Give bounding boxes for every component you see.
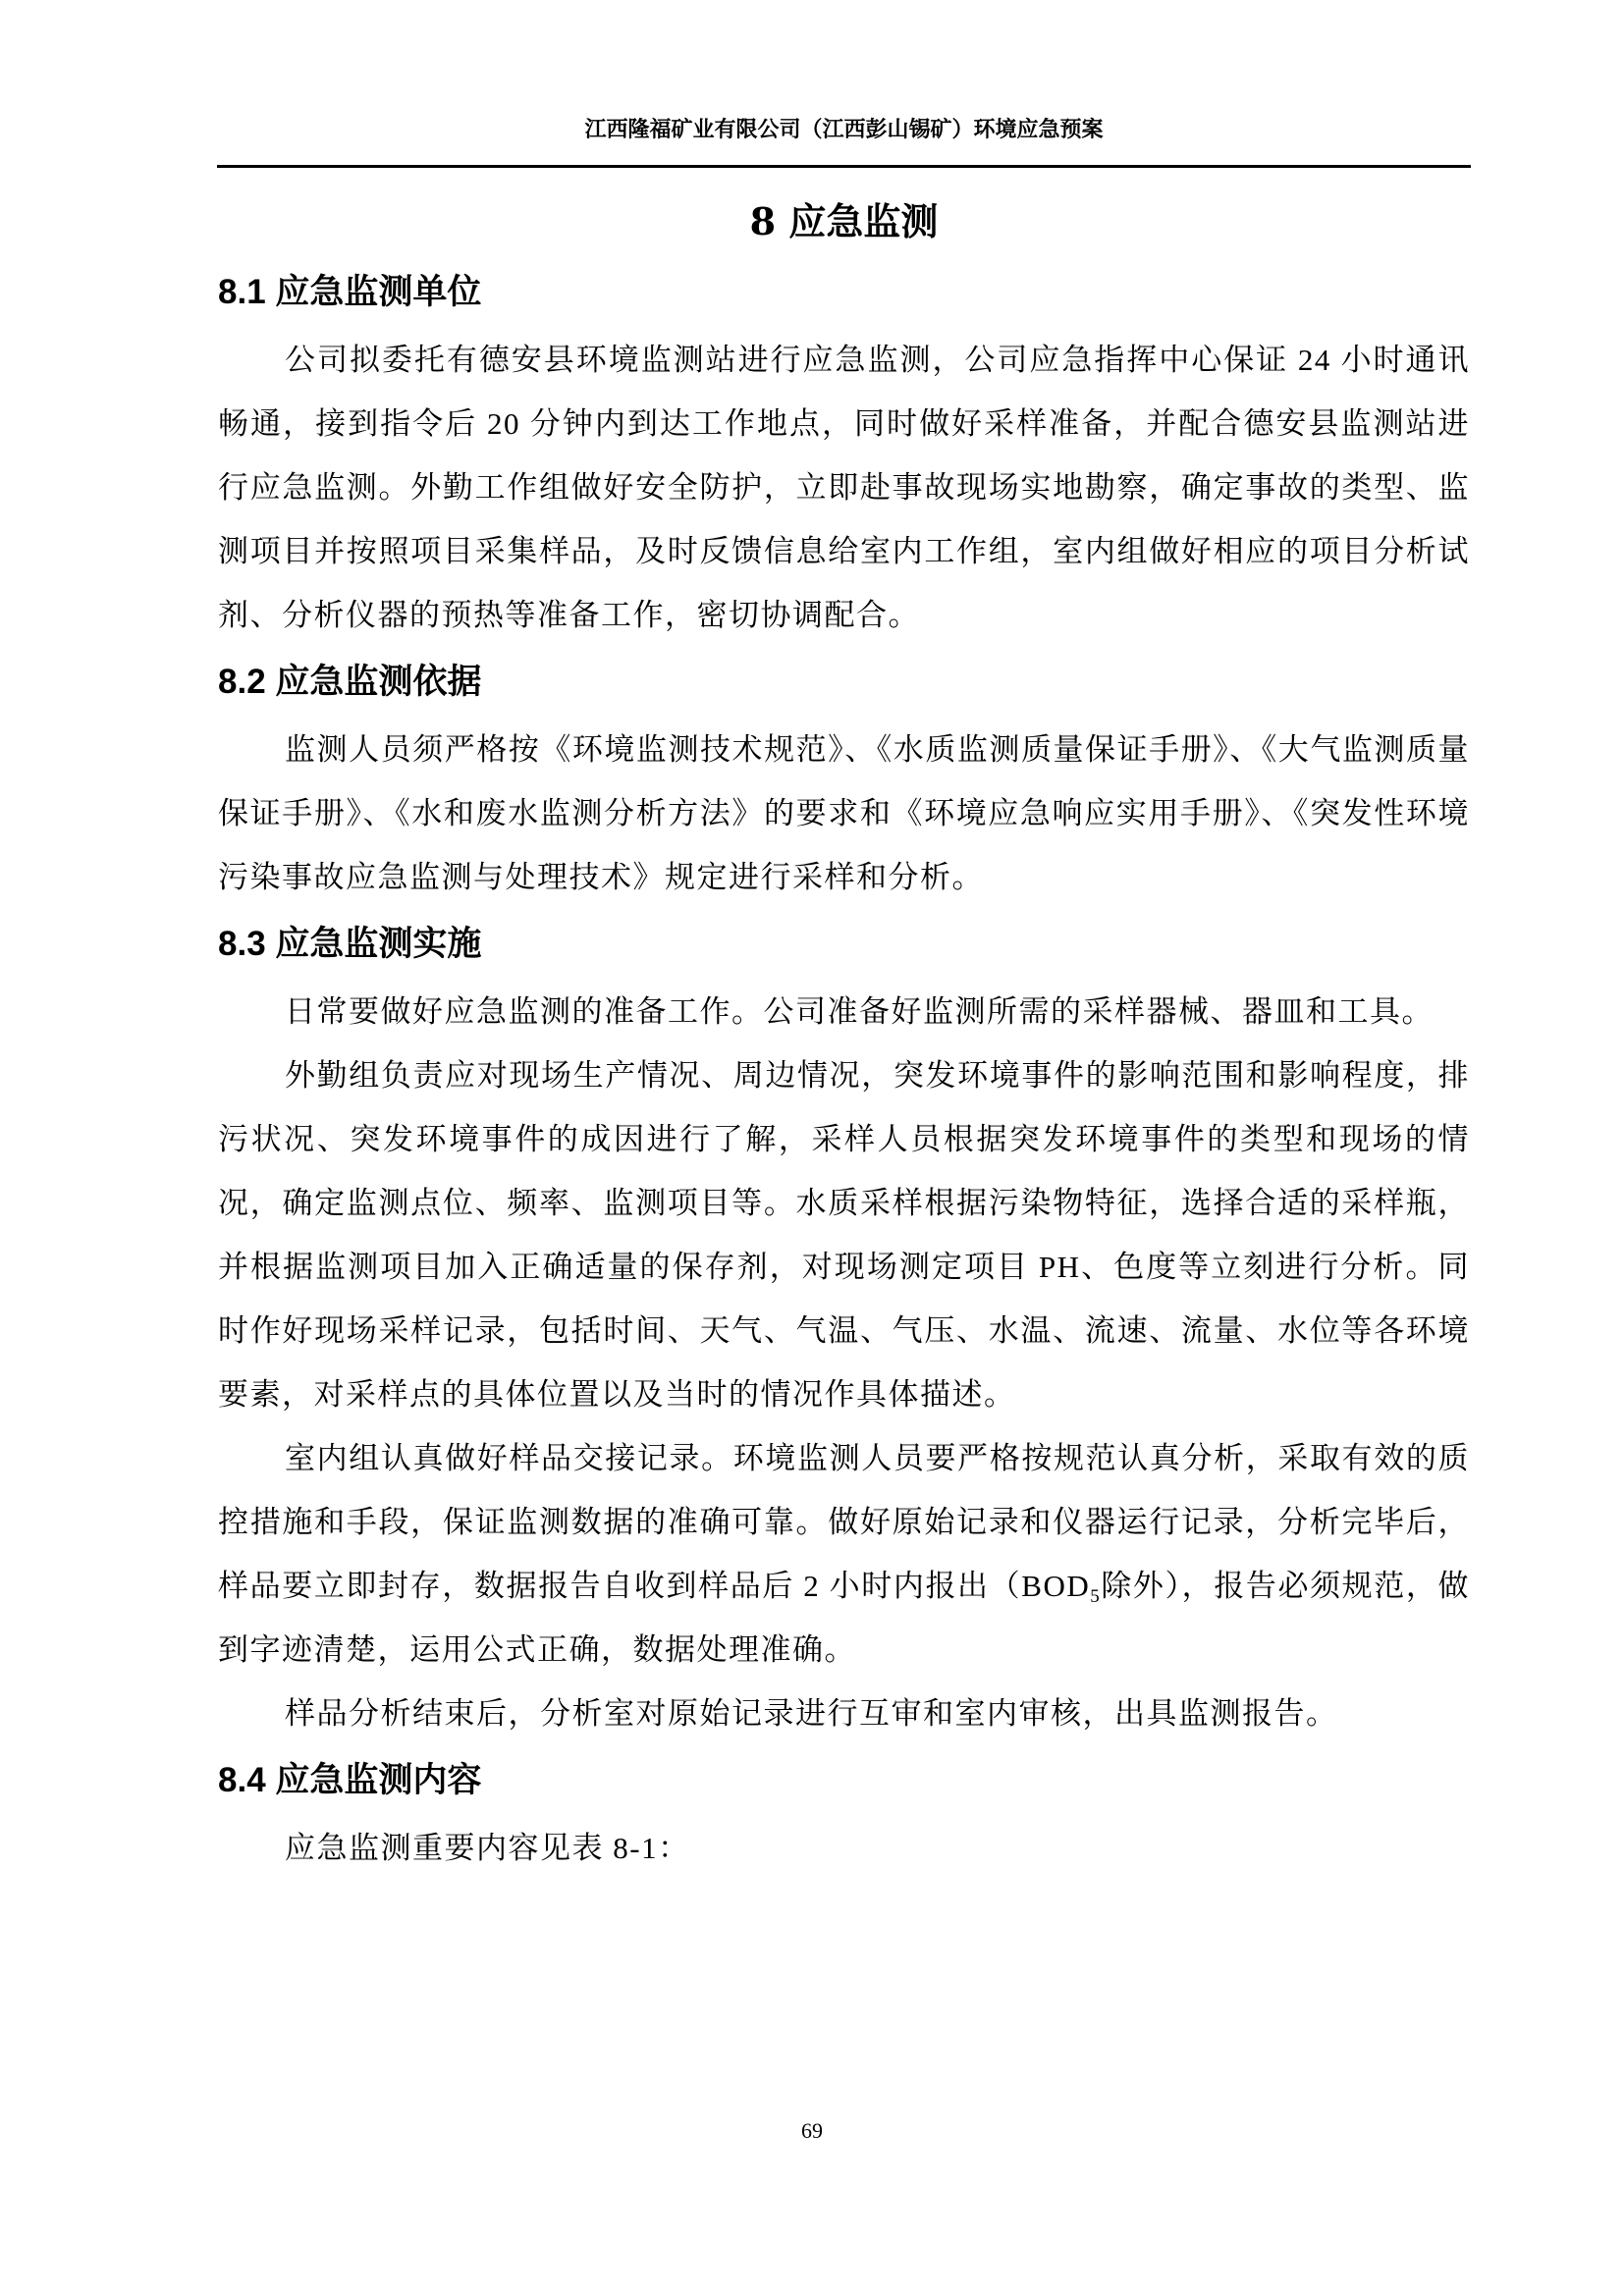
page-content: 8 应急监测 8.1 应急监测单位 公司拟委托有德安县环境监测站进行应急监测，公… [218,187,1470,1880]
paragraph: 日常要做好应急监测的准备工作。公司准备好监测所需的采样器械、器皿和工具。 [218,980,1470,1043]
section-8-1: 8.1 应急监测单位 公司拟委托有德安县环境监测站进行应急监测，公司应急指挥中心… [218,257,1470,647]
running-header: 江西隆福矿业有限公司（江西彭山锡矿）环境应急预案 [218,114,1470,147]
paragraph: 应急监测重要内容见表 8-1： [218,1816,1470,1880]
chapter-title: 8 应急监测 [218,187,1470,257]
paragraph: 样品分析结束后，分析室对原始记录进行互审和室内审核，出具监测报告。 [218,1682,1470,1745]
section-heading: 8.4 应急监测内容 [218,1745,1470,1816]
section-heading: 8.1 应急监测单位 [218,257,1470,328]
header-rule [217,165,1471,168]
paragraph: 公司拟委托有德安县环境监测站进行应急监测，公司应急指挥中心保证 24 小时通讯畅… [218,328,1470,647]
subscript: 5 [1090,1586,1101,1607]
section-8-2: 8.2 应急监测依据 监测人员须严格按《环境监测技术规范》、《水质监测质量保证手… [218,647,1470,909]
paragraph-with-subscript: 室内组认真做好样品交接记录。环境监测人员要严格按规范认真分析，采取有效的质控措施… [218,1426,1470,1682]
page-number: 69 [0,2118,1624,2144]
section-8-3: 8.3 应急监测实施 日常要做好应急监测的准备工作。公司准备好监测所需的采样器械… [218,909,1470,1745]
paragraph: 外勤组负责应对现场生产情况、周边情况，突发环境事件的影响范围和影响程度，排污状况… [218,1043,1470,1426]
section-heading: 8.2 应急监测依据 [218,647,1470,718]
paragraph: 监测人员须严格按《环境监测技术规范》、《水质监测质量保证手册》、《大气监测质量保… [218,718,1470,909]
section-8-4: 8.4 应急监测内容 应急监测重要内容见表 8-1： [218,1745,1470,1880]
section-heading: 8.3 应急监测实施 [218,909,1470,980]
